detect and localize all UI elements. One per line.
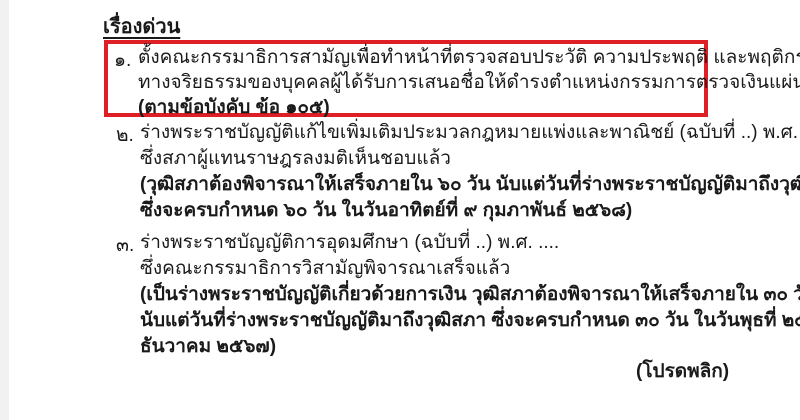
agenda-item-3: ๓. ร่างพระราชบัญญัติการอุดมศึกษา (ฉบับที… — [116, 230, 800, 360]
item-line: ทางจริยธรรมของบุคคลผู้ได้รับการเสนอชื่อใ… — [138, 70, 800, 95]
item-text: ร่างพระราชบัญญัติแก้ไขเพิ่มเติมประมวลกฎห… — [140, 120, 800, 224]
item-line: ซึ่งสภาผู้แทนราษฎรลงมติเห็นชอบแล้ว — [140, 146, 800, 172]
agenda-item-2: ๒. ร่างพระราชบัญญัติแก้ไขเพิ่มเติมประมวล… — [116, 120, 800, 224]
page-title: เรื่องด่วน — [103, 10, 180, 42]
item-text: ตั้งคณะกรรมาธิการสามัญเพื่อทำหน้าที่ตรวจ… — [138, 45, 800, 120]
item-line-deadline-note: (เป็นร่างพระราชบัญญัติเกี่ยวด้วยการเงิน … — [140, 282, 800, 308]
item-number: ๒. — [116, 120, 140, 150]
item-line: ตั้งคณะกรรมาธิการสามัญเพื่อทำหน้าที่ตรวจ… — [138, 45, 800, 70]
scan-edge-shadow — [0, 0, 9, 420]
item-line-deadline-note: ซึ่งจะครบกำหนด ๖๐ วัน ในวันอาทิตย์ที่ ๙ … — [140, 198, 800, 224]
item-number: ๑. — [114, 45, 138, 75]
turn-over-note: (โปรดพลิก) — [636, 356, 729, 386]
item-line: ร่างพระราชบัญญัติแก้ไขเพิ่มเติมประมวลกฎห… — [140, 120, 800, 146]
item-line-deadline-note: (วุฒิสภาต้องพิจารณาให้เสร็จภายใน ๖๐ วัน … — [140, 172, 800, 198]
item-line: ร่างพระราชบัญญัติการอุดมศึกษา (ฉบับที่ .… — [140, 230, 800, 256]
item-line-deadline-note: นับแต่วันที่ร่างพระราชบัญญัติมาถึงวุฒิสภ… — [140, 308, 800, 334]
item-text: ร่างพระราชบัญญัติการอุดมศึกษา (ฉบับที่ .… — [140, 230, 800, 360]
highlight-red-box: ๑. ตั้งคณะกรรมาธิการสามัญเพื่อทำหน้าที่ต… — [104, 40, 708, 117]
agenda-item-1: ๑. ตั้งคณะกรรมาธิการสามัญเพื่อทำหน้าที่ต… — [114, 45, 800, 120]
item-number: ๓. — [116, 230, 140, 260]
document-page: เรื่องด่วน ๑. ตั้งคณะกรรมาธิการสามัญเพื่… — [0, 0, 800, 420]
item-line: ซึ่งคณะกรรมาธิการวิสามัญพิจารณาเสร็จแล้ว — [140, 256, 800, 282]
item-line-rule-note: (ตามข้อบังคับ ข้อ ๑๐๕) — [138, 95, 800, 120]
